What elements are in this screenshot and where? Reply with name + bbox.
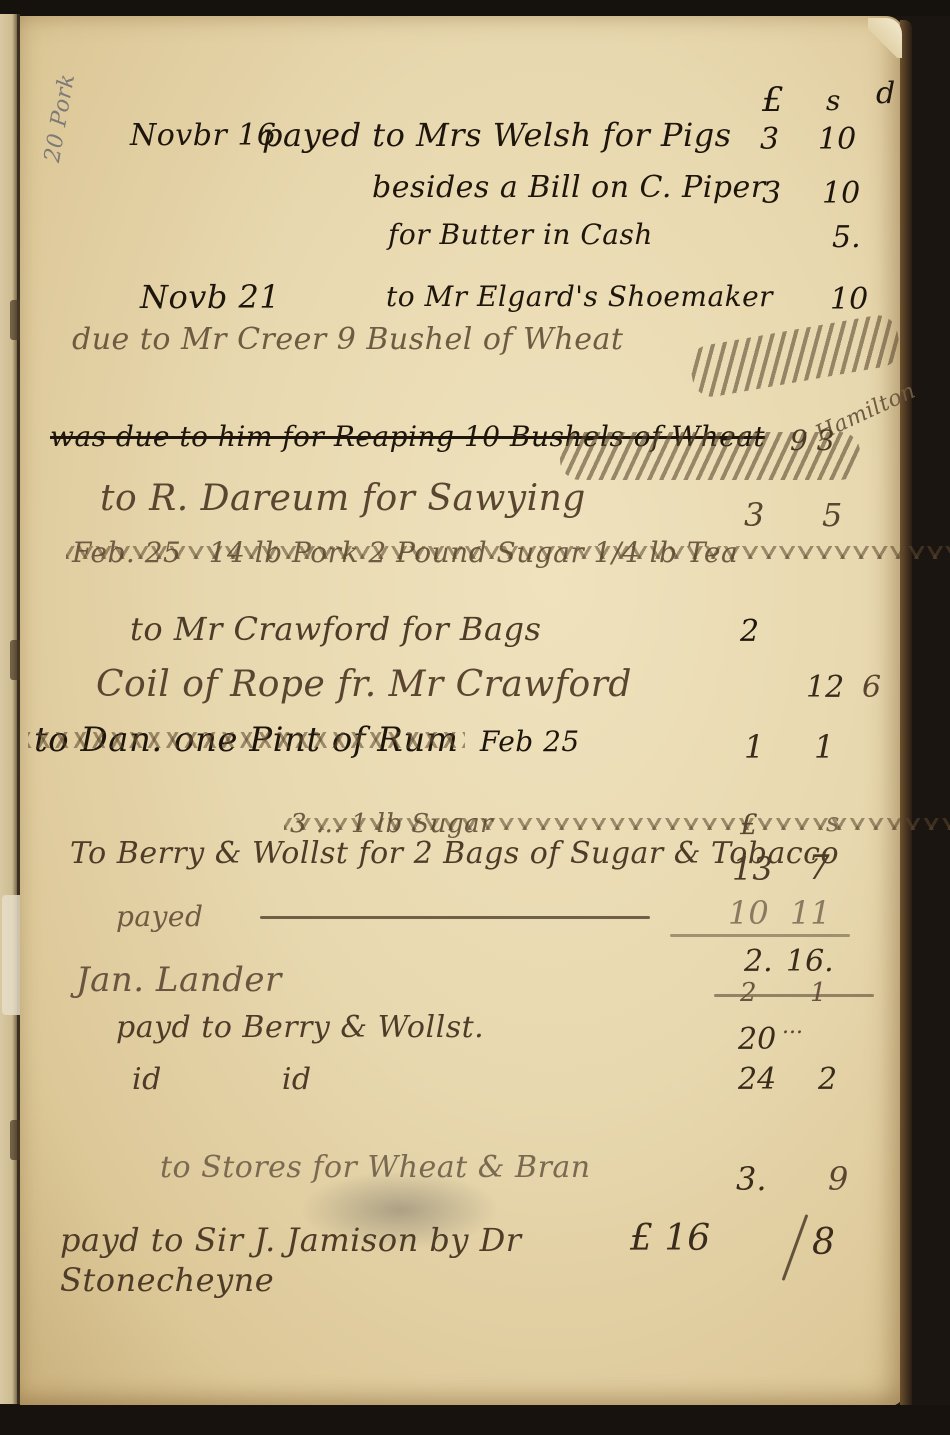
entry-text: to Mr Crawford for Bags [130,610,541,648]
sum-rule [670,934,850,937]
entry-shillings: 5 [822,496,842,534]
entry-text-struck: due to Mr Creer 9 Bushel of Wheat [72,322,623,357]
entry-shillings: 10 [818,122,856,157]
header-pence: d [876,76,895,111]
scan-frame-top [0,0,950,16]
scan-frame-bottom [0,1405,950,1435]
entry-text: to Mr Elgard's Shoemaker [386,280,773,313]
entry-shillings: 16. [786,944,834,979]
entry-text: payd to Sir J. Jamison by Dr Stonecheyne [60,1220,580,1300]
entry-shillings: 1 [810,978,827,1008]
entry-text-crossed: 3 ... 1 lb Sugar [290,809,950,839]
header-pounds: £ [762,80,784,120]
entry-shillings: 1 [814,728,834,766]
entry-pence: 6 [862,670,881,705]
entry-text: to Dan. one Pint of Rum Feb 25 [34,720,580,760]
entry-shillings: ... [782,1014,803,1039]
entry-pounds: 24 [738,1062,776,1097]
entry-text: Coil of Rope fr. Mr Crawford [96,664,632,705]
entry-pounds: 1 [744,728,764,766]
entry-pounds: 2 [740,614,759,649]
entry-pounds: £ 16 [630,1218,710,1259]
entry-pounds: 3. [736,1160,767,1198]
entry-text: id id [132,1062,312,1097]
entry-text: to R. Dareum for Sawying [100,478,586,519]
book-cover-edge [900,20,912,1415]
entry-shillings: 10 [830,282,868,317]
entry-text: payed [116,900,203,933]
entry-date: Feb 25 [480,725,580,758]
entry-text: besides a Bill on C. Piper [372,170,766,205]
header-shillings: s [826,84,840,117]
entry-pounds: 2 [740,978,757,1008]
entry-text: 14 lb Pork 2 Pound Sugar 1/4 lb Tea [209,536,738,569]
entry-text: To Berry & Wollst for 2 Bags of Sugar & … [70,836,839,871]
entry-shillings: 10 [822,176,860,211]
entry-pounds: 20 [738,1022,776,1057]
entry-date: Feb. 25 [72,536,181,569]
entry-pounds: 2. [744,944,773,979]
underline-rule [260,916,650,919]
entry-pounds: 13 [732,850,773,888]
entry-shillings: 7 [808,848,830,888]
entry-pounds: 10 [728,894,769,932]
entry-text-crossed: Feb. 25 14 lb Pork 2 Pound Sugar 1/4 lb … [72,536,950,569]
entry-date: Novbr 16 [130,118,277,153]
entry-shillings: 11 [790,894,831,932]
entry-text: Jan. Lander [76,960,282,1000]
entry-date: Novb 21 [140,278,280,316]
entry-text: for Butter in Cash [388,218,653,251]
entry-pounds: 3 [744,496,764,534]
entry-text-struck: to Dan. one Pint of Rum [34,720,459,760]
entry-pounds: 3 [760,122,779,157]
entry-shillings: 12 [806,670,844,705]
sum-rule [714,994,874,997]
entry-shillings: 5. [832,220,861,255]
entry-shillings: 9 [828,1160,848,1198]
page-corner-fold [868,18,902,58]
header-shillings: s [826,808,839,838]
entry-shillings: 8 [812,1222,835,1263]
entry-text: payed to Mrs Welsh for Pigs [262,116,732,154]
entry-shillings: 2 [818,1062,837,1097]
entry-text: payd to Berry & Wollst. [116,1010,484,1045]
entry-shillings: 9 3 [790,424,835,457]
entry-pounds: 3 [762,176,781,211]
